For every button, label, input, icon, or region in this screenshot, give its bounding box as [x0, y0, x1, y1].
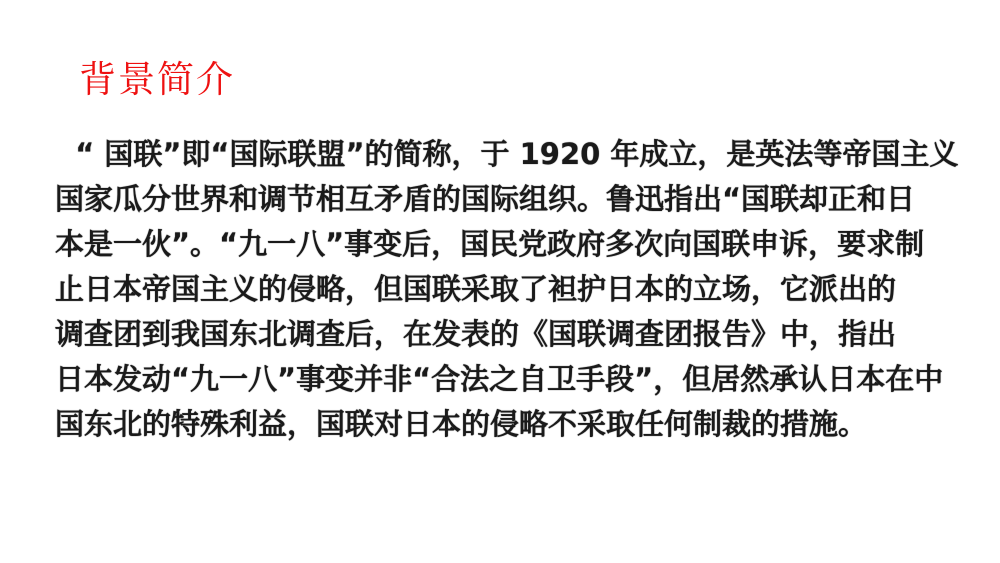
paragraph-line-3: 本是一伙”。“九一八”事变后，国民党政府多次向国联申诉，要求制: [55, 222, 975, 267]
paragraph-line-4: 止日本帝国主义的侵略，但国联采取了袒护日本的立场，它派出的: [55, 267, 975, 312]
slide: 背景简介 “ 国联”即“国际联盟”的简称，于 1920 年成立，是英法等帝国主义…: [0, 0, 1000, 563]
background-paragraph: “ 国联”即“国际联盟”的简称，于 1920 年成立，是英法等帝国主义 国家瓜分…: [55, 132, 975, 447]
paragraph-line-6: 日本发动“九一八”事变并非“合法之自卫手段”，但居然承认日本在中: [55, 357, 975, 402]
paragraph-line-2: 国家瓜分世界和调节相互矛盾的国际组织。鲁迅指出“国联却正和日: [55, 177, 975, 222]
paragraph-line-1: “ 国联”即“国际联盟”的简称，于 1920 年成立，是英法等帝国主义: [55, 132, 975, 177]
slide-title: 背景简介: [79, 58, 235, 102]
paragraph-line-5: 调查团到我国东北调查后，在发表的《国联调查团报告》中，指出: [55, 312, 975, 357]
paragraph-line-7: 国东北的特殊利益，国联对日本的侵略不采取任何制裁的措施。: [55, 402, 975, 447]
